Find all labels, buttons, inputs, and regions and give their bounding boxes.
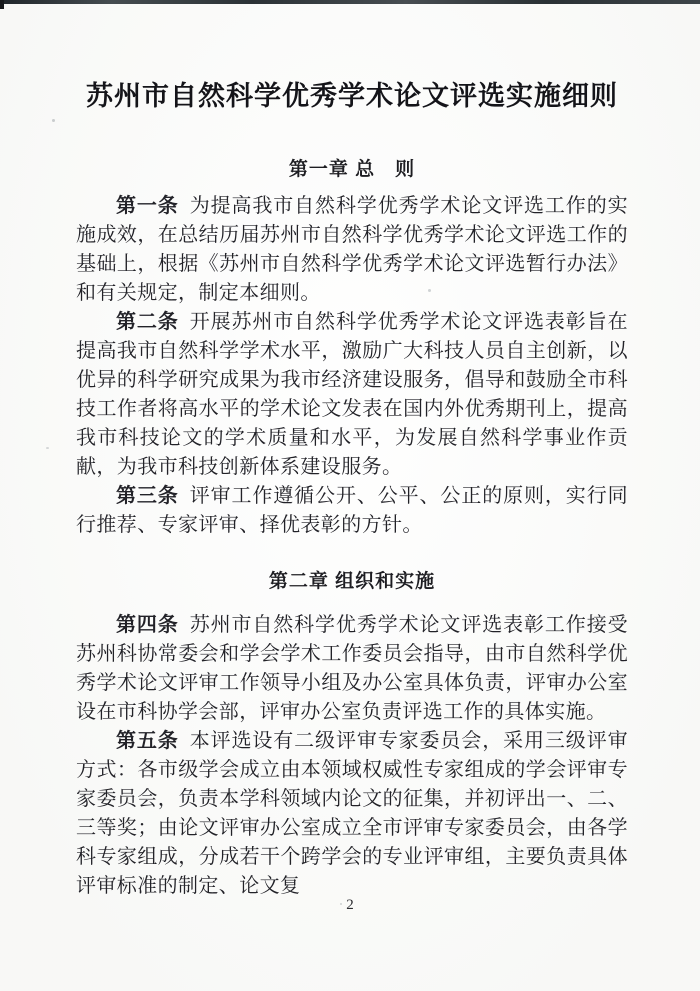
article-4-label: 第四条 (116, 614, 190, 636)
document-title: 苏州市自然科学优秀学术论文评选实施细则 (76, 80, 628, 114)
page-body: 苏州市自然科学优秀学术论文评选实施细则 第一章 总 则 第一条为提高我市自然科学… (0, 80, 700, 901)
chapter-1-heading: 第一章 总 则 (76, 158, 628, 182)
article-2: 第二条开展苏州市自然科学优秀学术论文评选表彰旨在提高我市自然科学学术水平，激励广… (76, 308, 628, 482)
scanned-document-page: { "document": { "title": "苏州市自然科学优秀学术论文评… (0, 0, 700, 991)
article-1: 第一条为提高我市自然科学优秀学术论文评选工作的实施成效，在总结历届苏州市自然科学… (76, 192, 628, 308)
article-4: 第四条苏州市自然科学优秀学术论文评选表彰工作接受苏州科协常委会和学会学术工作委员… (76, 611, 628, 727)
chapter-2-heading: 第二章 组织和实施 (76, 570, 628, 594)
scan-speck (118, 433, 120, 435)
page-number: 2 (0, 897, 700, 914)
article-5: 第五条本评选设有二级评审专家委员会，采用三级评审方式：各市级学会成立由本领域权威… (76, 727, 628, 901)
scan-speck (428, 289, 431, 292)
article-5-text: 本评选设有二级评审专家委员会，采用三级评审方式：各市级学会成立由本领域权威性专家… (76, 730, 628, 897)
article-5-label: 第五条 (116, 730, 190, 752)
article-2-text: 开展苏州市自然科学优秀学术论文评选表彰旨在提高我市自然科学学术水平，激励广大科技… (76, 311, 628, 478)
scan-corner-blot (0, 0, 4, 9)
article-3: 第三条评审工作遵循公开、公平、公正的原则，实行同行推荐、专家评审、择优表彰的方针… (76, 482, 628, 540)
article-3-label: 第三条 (116, 485, 190, 507)
scan-speck (52, 119, 55, 122)
scan-edge-artifact (0, 0, 700, 4)
article-1-label: 第一条 (116, 195, 190, 217)
scan-speck (46, 447, 49, 449)
article-2-label: 第二条 (116, 311, 190, 333)
